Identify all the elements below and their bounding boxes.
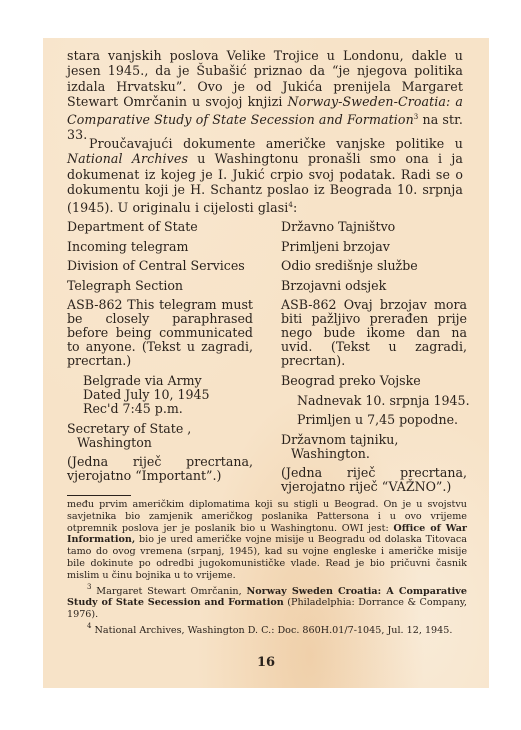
- paragraph-1: stara vanjskih poslova Velike Trojice u …: [67, 48, 463, 142]
- division: Odio središnje službe: [281, 259, 467, 273]
- recipient-city: Washington: [67, 436, 253, 450]
- footnote-continued: među prvim američkim diplomatima koji su…: [67, 499, 467, 582]
- footnote-author: Margaret Stewart Omrčanin,: [96, 586, 246, 597]
- division: Division of Central Services: [67, 259, 253, 273]
- footnote-4: 4 National Archives, Washington D. C.: D…: [67, 621, 467, 637]
- section: Brzojavni odsjek: [281, 279, 467, 293]
- telegram-columns: Department of State Incoming telegram Di…: [67, 220, 467, 500]
- recipient-city: Washington.: [281, 447, 467, 461]
- telegram-type: Incoming telegram: [67, 240, 253, 254]
- paragraph-text: Proučavajući dokumente američke vanjske …: [89, 136, 463, 151]
- footnote-separator: [67, 495, 131, 496]
- dated: Dated July 10, 1945: [67, 388, 253, 402]
- instruction: ASB-862 Ovaj brzojav mora biti pažljivo …: [281, 298, 467, 368]
- page-number: 16: [43, 655, 489, 670]
- dated: Nadnevak 10. srpnja 1945.: [281, 394, 467, 408]
- paragraph-text: :: [293, 200, 297, 215]
- department: Department of State: [67, 220, 253, 234]
- recipient: Državnom tajniku,: [281, 433, 467, 447]
- footnote-text: National Archives, Washington D. C.: Doc…: [95, 625, 453, 636]
- note: (Jedna riječ precrtana, vjerojatno riječ…: [281, 466, 467, 494]
- recipient: Secretary of State ,: [67, 422, 253, 436]
- footnote-number: 4: [87, 622, 91, 630]
- received: Rec'd 7:45 p.m.: [67, 402, 253, 416]
- footnote-3: 3 Margaret Stewart Omrčanin, Norway Swed…: [67, 582, 467, 621]
- telegram-croatian: Državno Tajništvo Primljeni brzojav Odio…: [281, 220, 467, 500]
- book-page: stara vanjskih poslova Velike Trojice u …: [43, 38, 489, 688]
- footnote-number: 3: [87, 583, 91, 591]
- department: Državno Tajništvo: [281, 220, 467, 234]
- telegram-type: Primljeni brzojav: [281, 240, 467, 254]
- origin: Beograd preko Vojske: [281, 374, 467, 388]
- archives-italic: National Archives: [67, 151, 188, 166]
- note: (Jedna riječ precrtana, vjerojatno “Impo…: [67, 455, 253, 483]
- instruction: ASB-862 This telegram must be closely pa…: [67, 298, 253, 368]
- telegram-english: Department of State Incoming telegram Di…: [67, 220, 253, 500]
- received: Primljen u 7,45 popodne.: [281, 413, 467, 427]
- section: Telegraph Section: [67, 279, 253, 293]
- footnotes: među prvim američkim diplomatima koji su…: [67, 499, 467, 637]
- origin: Belgrade via Army: [67, 374, 253, 388]
- paragraph-2: Proučavajući dokumente američke vanjske …: [67, 136, 463, 215]
